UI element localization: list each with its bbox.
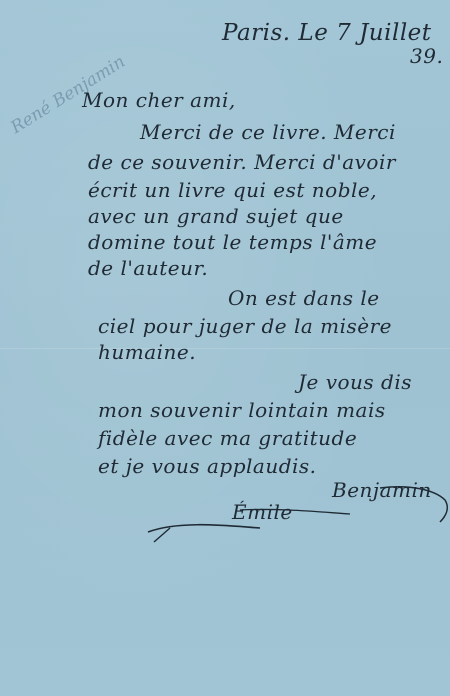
fold-crease xyxy=(0,348,450,349)
body-line-5: domine tout le temps l'âme xyxy=(88,230,377,254)
place-date: Paris. Le 7 Juillet xyxy=(222,20,432,46)
body-line-3: écrit un livre qui est noble, xyxy=(88,178,377,202)
body-line-11: mon souvenir lointain mais xyxy=(98,398,386,422)
body-line-8: ciel pour juger de la misère xyxy=(98,314,392,338)
body-line-9: humaine. xyxy=(98,340,196,364)
salutation: Mon cher ami, xyxy=(82,88,236,112)
body-line-1: Merci de ce livre. Merci xyxy=(140,120,396,144)
body-line-7: On est dans le xyxy=(228,286,380,310)
body-line-4: avec un grand sujet que xyxy=(88,204,344,228)
year: 39. xyxy=(410,44,443,68)
body-line-6: de l'auteur. xyxy=(88,256,208,280)
signature-flourish xyxy=(140,470,450,550)
letter-page: René Benjamin Paris. Le 7 Juillet 39. Mo… xyxy=(0,0,450,696)
body-line-10: Je vous dis xyxy=(298,370,412,394)
body-line-12: fidèle avec ma gratitude xyxy=(98,426,357,450)
body-line-2: de ce souvenir. Merci d'avoir xyxy=(88,150,396,174)
